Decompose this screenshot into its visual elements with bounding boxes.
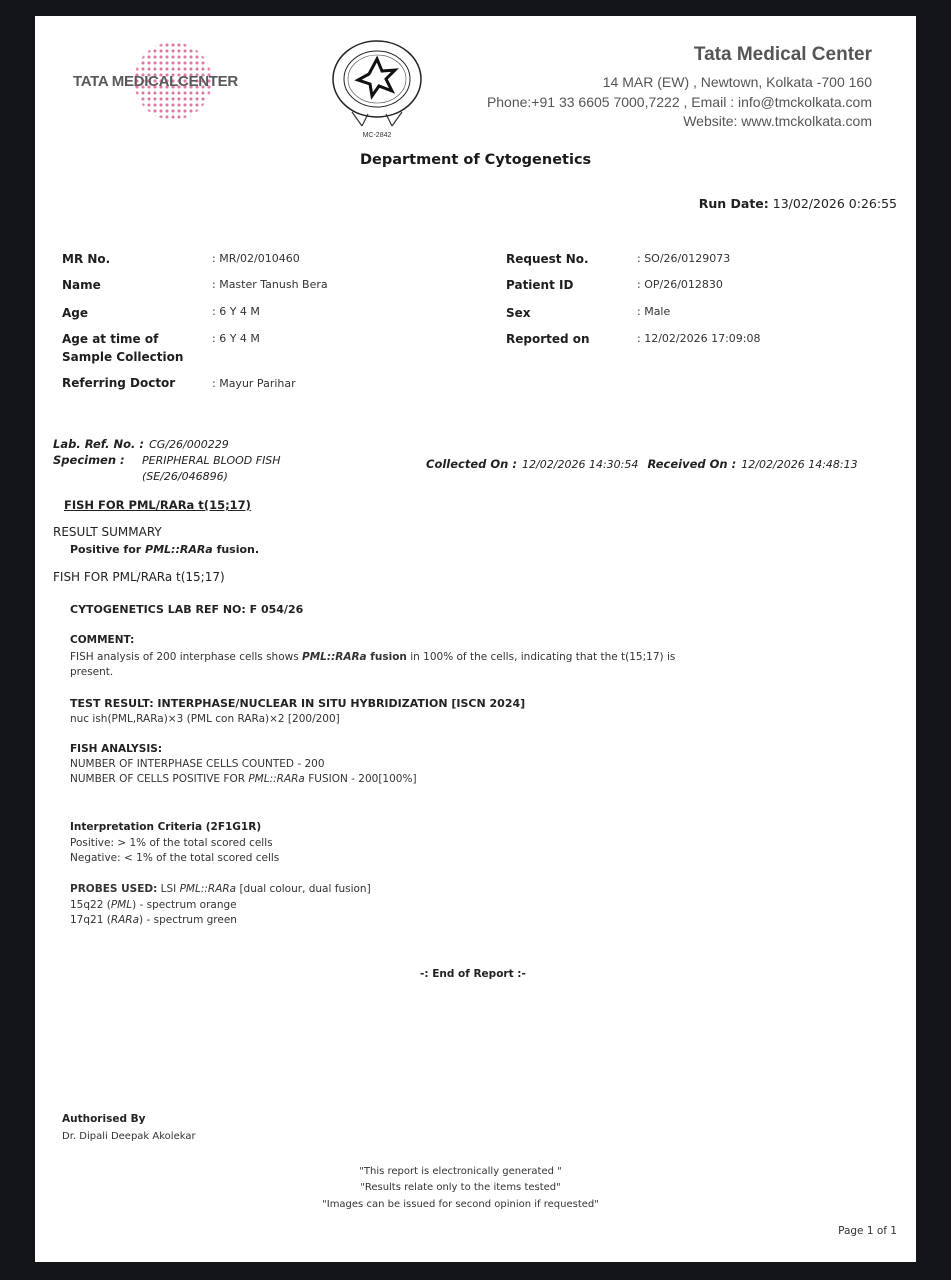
- probe1-post: ) - spectrum orange: [132, 899, 237, 911]
- cells-counted: NUMBER OF INTERPHASE CELLS COUNTED - 200: [70, 758, 325, 770]
- criteria-positive: Positive: > 1% of the total scored cells: [70, 837, 273, 849]
- page-number: Page 1 of 1: [838, 1225, 897, 1237]
- probe2-post: ) - spectrum green: [139, 914, 237, 926]
- comment-pre: FISH analysis of 200 interphase cells sh…: [70, 651, 302, 663]
- probe-2: 17q21 (RARa) - spectrum green: [70, 914, 237, 926]
- mr-no-value: : MR/02/010460: [212, 252, 300, 265]
- probes-post: [dual colour, dual fusion]: [236, 883, 371, 895]
- request-no-label: Request No.: [506, 252, 589, 266]
- specimen-label: Specimen :: [53, 453, 125, 467]
- probes-used: PROBES USED: LSI PML::RARa [dual colour,…: [70, 883, 371, 895]
- age-collection-value: : 6 Y 4 M: [212, 332, 260, 345]
- test-result-label: TEST RESULT: INTERPHASE/NUCLEAR IN SITU …: [70, 697, 525, 710]
- comment-gene: PML::RARa: [302, 651, 367, 663]
- collected-value: 12/02/2026 14:30:54: [522, 458, 638, 471]
- probes-label: PROBES USED:: [70, 883, 157, 895]
- run-date-value: 13/02/2026 0:26:55: [773, 196, 897, 211]
- lab-ref-value: CG/26/000229: [149, 438, 229, 451]
- lab-ref-label: Lab. Ref. No. :: [53, 437, 144, 451]
- specimen-id: (SE/26/046896): [142, 470, 228, 483]
- received-value: 12/02/2026 14:48:13: [741, 458, 857, 471]
- age-label: Age: [62, 306, 88, 320]
- test-title: FISH FOR PML/RARa t(15;17): [64, 498, 251, 512]
- probe1-gene: PML: [111, 899, 132, 911]
- reported-on-label: Reported on: [506, 332, 590, 346]
- org-contact: Phone:+91 33 6605 7000,7222 , Email : in…: [487, 94, 872, 110]
- cells-positive-gene: PML::RARa: [248, 773, 305, 785]
- nabl-emblem-icon: [322, 34, 432, 132]
- result-summary-gene: PML::RARa: [145, 543, 213, 556]
- request-no-value: : SO/26/0129073: [637, 252, 730, 265]
- probe-1: 15q22 (PML) - spectrum orange: [70, 899, 237, 911]
- comment-bold: fusion: [367, 651, 407, 663]
- logo-text: TATA MEDICALCENTER: [73, 73, 238, 90]
- end-of-report: -: End of Report :-: [420, 968, 526, 980]
- cells-positive-post: FUSION - 200[100%]: [305, 773, 417, 785]
- mr-no-label: MR No.: [62, 252, 110, 266]
- probe1-pre: 15q22 (: [70, 899, 111, 911]
- test-result-value: nuc ish(PML,RARa)×3 (PML con RARa)×2 [20…: [70, 713, 340, 725]
- comment-post: in 100% of the cells, indicating that th…: [407, 651, 675, 663]
- comment-line2: present.: [70, 666, 113, 678]
- comment-label: COMMENT:: [70, 634, 134, 646]
- collected-on: Collected On : 12/02/2026 14:30:54 Recei…: [426, 453, 858, 472]
- test-name: FISH FOR PML/RARa t(15;17): [53, 570, 225, 584]
- probe2-pre: 17q21 (: [70, 914, 111, 926]
- reported-on-value: : 12/02/2026 17:09:08: [637, 332, 761, 345]
- age-collection-label: Age at time of: [62, 332, 158, 346]
- run-date-label: Run Date:: [699, 196, 769, 211]
- age-value: : 6 Y 4 M: [212, 305, 260, 318]
- probes-gene: PML::RARa: [180, 883, 237, 895]
- referring-doctor-value: : Mayur Parihar: [212, 377, 296, 390]
- authorised-name: Dr. Dipali Deepak Akolekar: [62, 1131, 196, 1142]
- probe2-gene: RARa: [111, 914, 139, 926]
- cells-positive: NUMBER OF CELLS POSITIVE FOR PML::RARa F…: [70, 773, 417, 785]
- report-page: TATA MEDICALCENTER MC-2842 Tata Medical …: [35, 16, 916, 1262]
- footer-note-3: "Images can be issued for second opinion…: [35, 1199, 886, 1210]
- cells-positive-pre: NUMBER OF CELLS POSITIVE FOR: [70, 773, 248, 785]
- org-address: 14 MAR (EW) , Newtown, Kolkata -700 160: [603, 74, 872, 90]
- comment-text: FISH analysis of 200 interphase cells sh…: [70, 651, 675, 663]
- specimen-value: PERIPHERAL BLOOD FISH: [142, 454, 281, 467]
- age-collection-label-2: Sample Collection: [62, 350, 183, 364]
- criteria-label: Interpretation Criteria (2F1G1R): [70, 821, 261, 833]
- result-summary-pre: Positive for: [70, 543, 145, 556]
- lab-ref: Lab. Ref. No. : CG/26/000229: [53, 433, 229, 452]
- accreditation-emblem: MC-2842: [322, 34, 432, 144]
- cytogenetics-lab-ref: CYTOGENETICS LAB REF NO: F 054/26: [70, 603, 303, 616]
- sex-label: Sex: [506, 306, 531, 320]
- result-summary-post: fusion.: [213, 543, 259, 556]
- name-value: : Master Tanush Bera: [212, 278, 328, 291]
- result-summary: Positive for PML::RARa fusion.: [70, 543, 259, 556]
- authorised-label: Authorised By: [62, 1113, 145, 1125]
- result-summary-label: RESULT SUMMARY: [53, 525, 162, 539]
- footer-note-1: "This report is electronically generated…: [35, 1166, 886, 1177]
- org-name: Tata Medical Center: [694, 44, 872, 66]
- tmc-logo: TATA MEDICALCENTER: [73, 36, 243, 126]
- received-label: Received On :: [647, 457, 736, 471]
- patient-id-label: Patient ID: [506, 278, 573, 292]
- department-title: Department of Cytogenetics: [360, 152, 591, 168]
- referring-doctor-label: Referring Doctor: [62, 376, 175, 390]
- org-website: Website: www.tmckolkata.com: [683, 113, 872, 129]
- criteria-negative: Negative: < 1% of the total scored cells: [70, 852, 279, 864]
- footer-note-2: "Results relate only to the items tested…: [35, 1182, 886, 1193]
- name-label: Name: [62, 278, 101, 292]
- patient-id-value: : OP/26/012830: [637, 278, 723, 291]
- probes-pre: LSI: [157, 883, 179, 895]
- sex-value: : Male: [637, 305, 670, 318]
- run-date: Run Date: 13/02/2026 0:26:55: [699, 196, 897, 211]
- emblem-code: MC-2842: [322, 132, 432, 139]
- collected-label: Collected On :: [426, 457, 517, 471]
- fish-analysis-label: FISH ANALYSIS:: [70, 743, 162, 755]
